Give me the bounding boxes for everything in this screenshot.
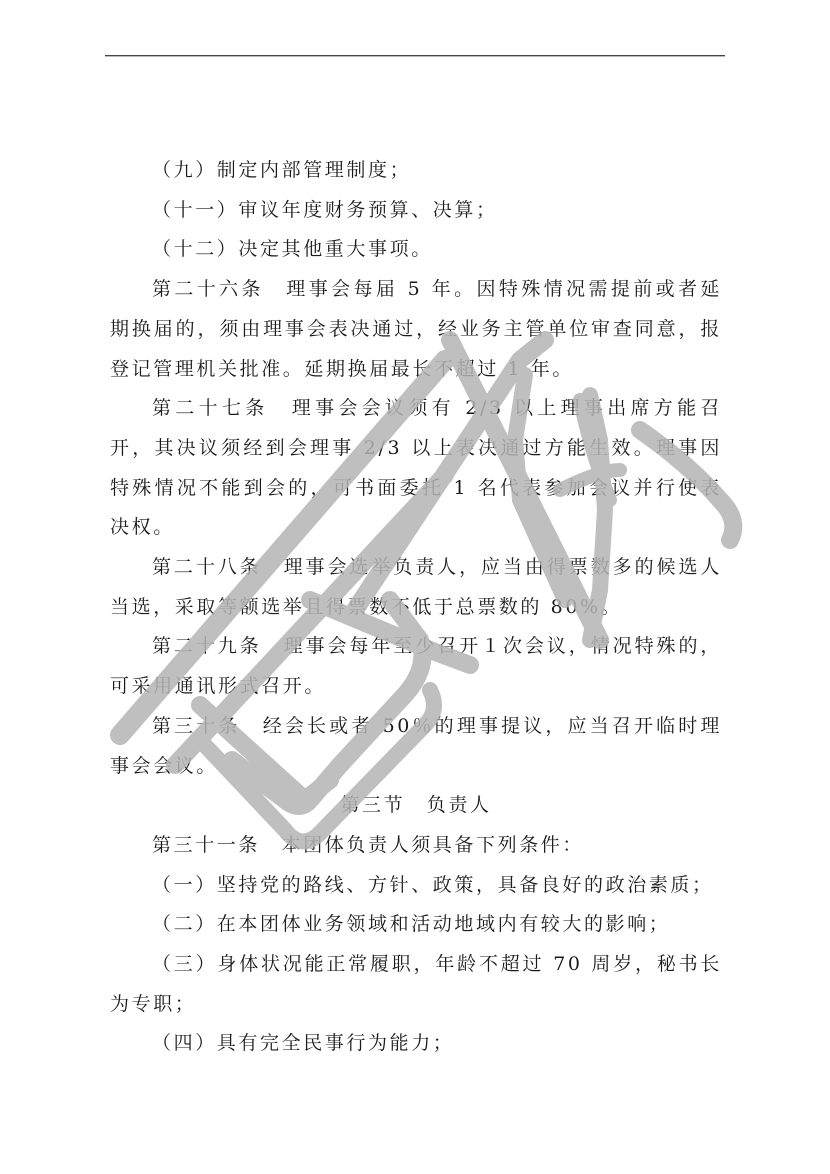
condition-item-3: （三）身体状况能正常履职，年龄不超过 70 周岁，秘书长为专职；	[110, 945, 722, 1024]
header-rule	[105, 55, 725, 57]
paragraph-item-12: （十二）决定其他重大事项。	[110, 230, 722, 270]
article-30: 第三十条 经会长或者 50％的理事提议，应当召开临时理事会会议。	[110, 707, 722, 786]
article-27: 第二十七条 理事会会议须有 2/3 以上理事出席方能召开，其决议须经到会理事 2…	[110, 389, 722, 548]
condition-item-2: （二）在本团体业务领域和活动地域内有较大的影响；	[110, 905, 722, 945]
article-26: 第二十六条 理事会每届 5 年。因特殊情况需提前或者延期换届的，须由理事会表决通…	[110, 270, 722, 389]
article-31: 第三十一条 本团体负责人须具备下列条件：	[110, 826, 722, 866]
condition-item-1: （一）坚持党的路线、方针、政策，具备良好的政治素质；	[110, 866, 722, 906]
document-body: （九）制定内部管理制度； （十一）审议年度财务预算、决算； （十二）决定其他重大…	[110, 151, 722, 1064]
paragraph-item-11: （十一）审议年度财务预算、决算；	[110, 191, 722, 231]
paragraph-item-9: （九）制定内部管理制度；	[110, 151, 722, 191]
article-28: 第二十八条 理事会选举负责人，应当由得票数多的候选人当选，采取等额选举且得票数不…	[110, 548, 722, 627]
condition-item-4: （四）具有完全民事行为能力；	[110, 1024, 722, 1064]
article-29: 第二十九条 理事会每年至少召开１次会议，情况特殊的，可采用通讯形式召开。	[110, 627, 722, 706]
section-heading: 第三节 负责人	[110, 786, 722, 826]
